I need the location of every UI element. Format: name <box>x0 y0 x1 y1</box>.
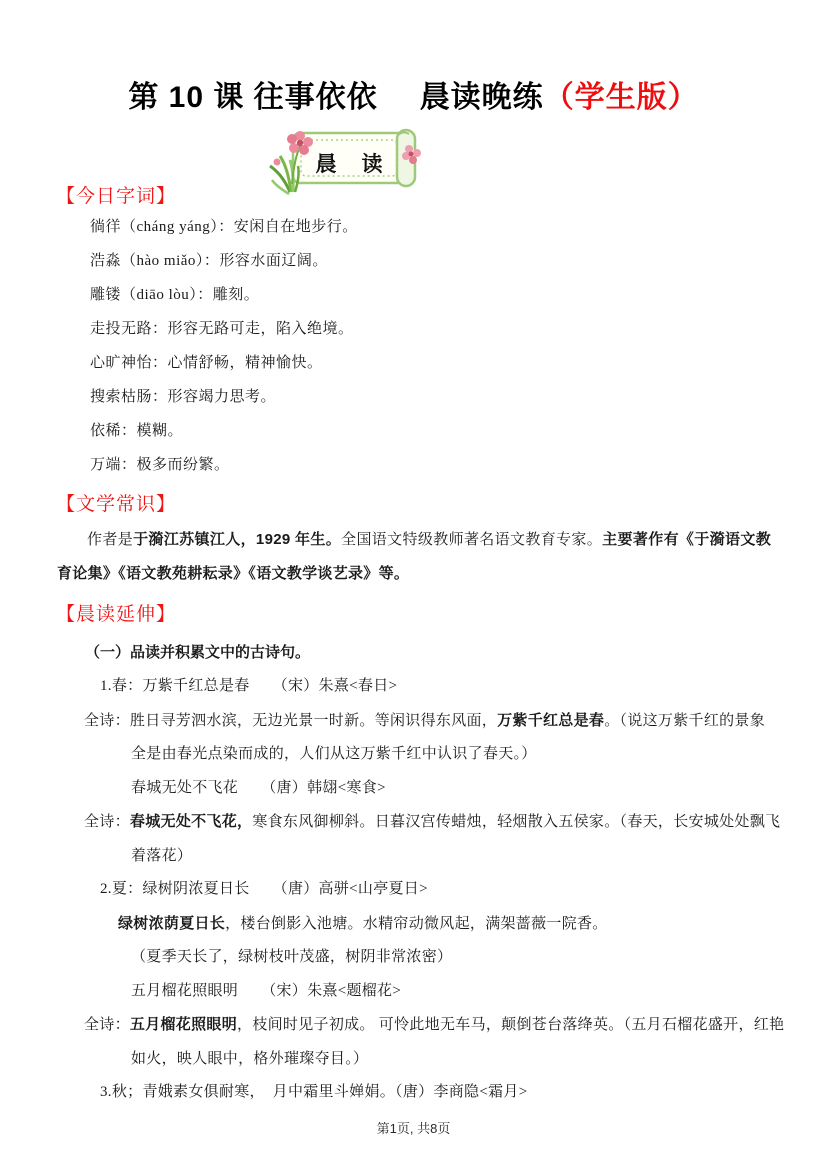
text-segment: ，楼台倒影入池塘。水精帘动微风起，满架蔷薇一院香。 <box>225 916 608 932</box>
extension-subheading: （一）品读并积累文中的古诗句。 <box>85 641 310 662</box>
poem-line: 全诗：春城无处不飞花，寒食东风御柳斜。日暮汉宫传蜡烛，轻烟散入五侯家。（春天，长… <box>57 805 817 840</box>
text-segment: 1.春：万紫千红总是春 （宋）朱熹<春日> <box>100 678 397 694</box>
poem-line: 2.夏：绿树阴浓夏日长 （唐）高骈<山亭夏日> <box>57 873 817 907</box>
text-segment: 于漪江苏镇江人，1929 年生。 <box>133 531 341 548</box>
word-item: 走投无路：形容无路可走，陷入绝境。 <box>90 318 358 340</box>
poem-line: 春城无处不飞花 （唐）韩翃<寒食> <box>57 772 817 806</box>
text-segment: 五月榴花照眼明 （宋）朱熹<题榴花> <box>131 983 401 999</box>
poem-line: 着落花） <box>57 840 817 874</box>
poem-line: 1.春：万紫千红总是春 （宋）朱熹<春日> <box>57 670 817 704</box>
text-segment: ，枝间时见子初成。 可怜此地无车马，颠倒苍台落绛英。（五月石榴花盛开，红艳 <box>237 1017 784 1033</box>
text-segment: 作者是 <box>87 532 133 548</box>
poem-line: 3.秋；青娥素女俱耐寒， 月中霜里斗婵娟。（唐）李商隐<霜月> <box>57 1076 817 1110</box>
poem-line: 绿树浓荫夏日长，楼台倒影入池塘。水精帘动微风起，满架蔷薇一院香。 <box>57 907 817 942</box>
literature-paragraph: 作者是于漪江苏镇江人，1929 年生。全国语文特级教师著名语文教育专家。主要著作… <box>57 523 771 591</box>
text-segment: 春城无处不飞花 （唐）韩翃<寒食> <box>131 780 386 796</box>
section-heading-extension: 【晨读延伸】 <box>56 599 176 626</box>
text-segment: 万紫千红总是春 <box>497 712 604 729</box>
title-practice: 晨读晚练 <box>420 81 544 114</box>
document-page: 第 10 课 往事依依晨读晚练（学生版） <box>0 0 827 1169</box>
word-item: 依稀：模糊。 <box>90 420 358 442</box>
title-lesson: 第 10 课 往事依依 <box>128 81 377 114</box>
word-item: 浩淼（hào miǎo）：形容水面辽阔。 <box>90 250 358 272</box>
text-segment: （夏季天长了，绿树枝叶茂盛，树阴非常浓密） <box>131 949 452 965</box>
text-segment: 。（说这万紫千红的景象 <box>604 713 765 729</box>
text-segment: 全诗： <box>84 814 130 830</box>
word-item: 搜索枯肠：形容竭力思考。 <box>90 386 358 408</box>
poem-line: 全是由春光点染而成的，人们从这万紫千红中认识了春天。） <box>57 738 817 772</box>
word-list: 徜徉（cháng yáng）：安闲自在地步行。浩淼（hào miǎo）：形容水面… <box>90 216 358 488</box>
title-edition-red: （学生版） <box>544 81 699 114</box>
poem-lines: 1.春：万紫千红总是春 （宋）朱熹<春日>全诗：胜日寻芳泗水滨，无边光景一时新。… <box>57 670 817 1110</box>
text-segment: 春城无处不飞花， <box>130 813 252 830</box>
section-heading-words: 【今日字词】 <box>56 181 176 208</box>
poem-line: （夏季天长了，绿树枝叶茂盛，树阴非常浓密） <box>57 941 817 975</box>
text-segment: 全诗：胜日寻芳泗水滨，无边光景一时新。等闲识得东风面， <box>84 713 497 729</box>
morning-reading-banner: 晨 读 <box>266 122 432 198</box>
word-item: 徜徉（cháng yáng）：安闲自在地步行。 <box>90 216 358 238</box>
poem-line: 全诗：胜日寻芳泗水滨，无边光景一时新。等闲识得东风面，万紫千红总是春。（说这万紫… <box>57 704 817 739</box>
poem-line: 五月榴花照眼明 （宋）朱熹<题榴花> <box>57 975 817 1009</box>
text-segment: 如火，映人眼中，格外璀璨夺目。） <box>131 1051 368 1067</box>
banner-label: 晨 读 <box>302 148 398 178</box>
page-footer: 第1页, 共8页 <box>0 1118 827 1137</box>
text-segment: 着落花） <box>131 848 192 864</box>
text-segment: 2.夏：绿树阴浓夏日长 （唐）高骈<山亭夏日> <box>100 881 428 897</box>
poem-line: 全诗：五月榴花照眼明，枝间时见子初成。 可怜此地无车马，颠倒苍台落绛英。（五月石… <box>57 1008 817 1043</box>
text-segment: 寒食东风御柳斜。日暮汉宫传蜡烛，轻烟散入五侯家。（春天，长安城处处飘飞 <box>252 814 780 830</box>
word-item: 万端：极多而纷繁。 <box>90 454 358 476</box>
word-item: 雕镂（diāo lòu）：雕刻。 <box>90 284 358 306</box>
text-segment: 3.秋；青娥素女俱耐寒， 月中霜里斗婵娟。（唐）李商隐<霜月> <box>100 1084 527 1100</box>
text-segment: 绿树浓荫夏日长 <box>118 915 225 932</box>
page-title: 第 10 课 往事依依晨读晚练（学生版） <box>0 72 827 116</box>
text-segment: 全是由春光点染而成的，人们从这万紫千红中认识了春天。） <box>131 746 537 762</box>
word-item: 心旷神怡：心情舒畅，精神愉快。 <box>90 352 358 374</box>
text-segment: 五月榴花照眼明 <box>130 1016 237 1033</box>
text-segment: 全国语文特级教师著名语文教育专家。 <box>341 532 602 548</box>
section-heading-literature: 【文学常识】 <box>56 489 176 516</box>
poem-line: 如火，映人眼中，格外璀璨夺目。） <box>57 1043 817 1077</box>
text-segment: 全诗： <box>84 1017 130 1033</box>
